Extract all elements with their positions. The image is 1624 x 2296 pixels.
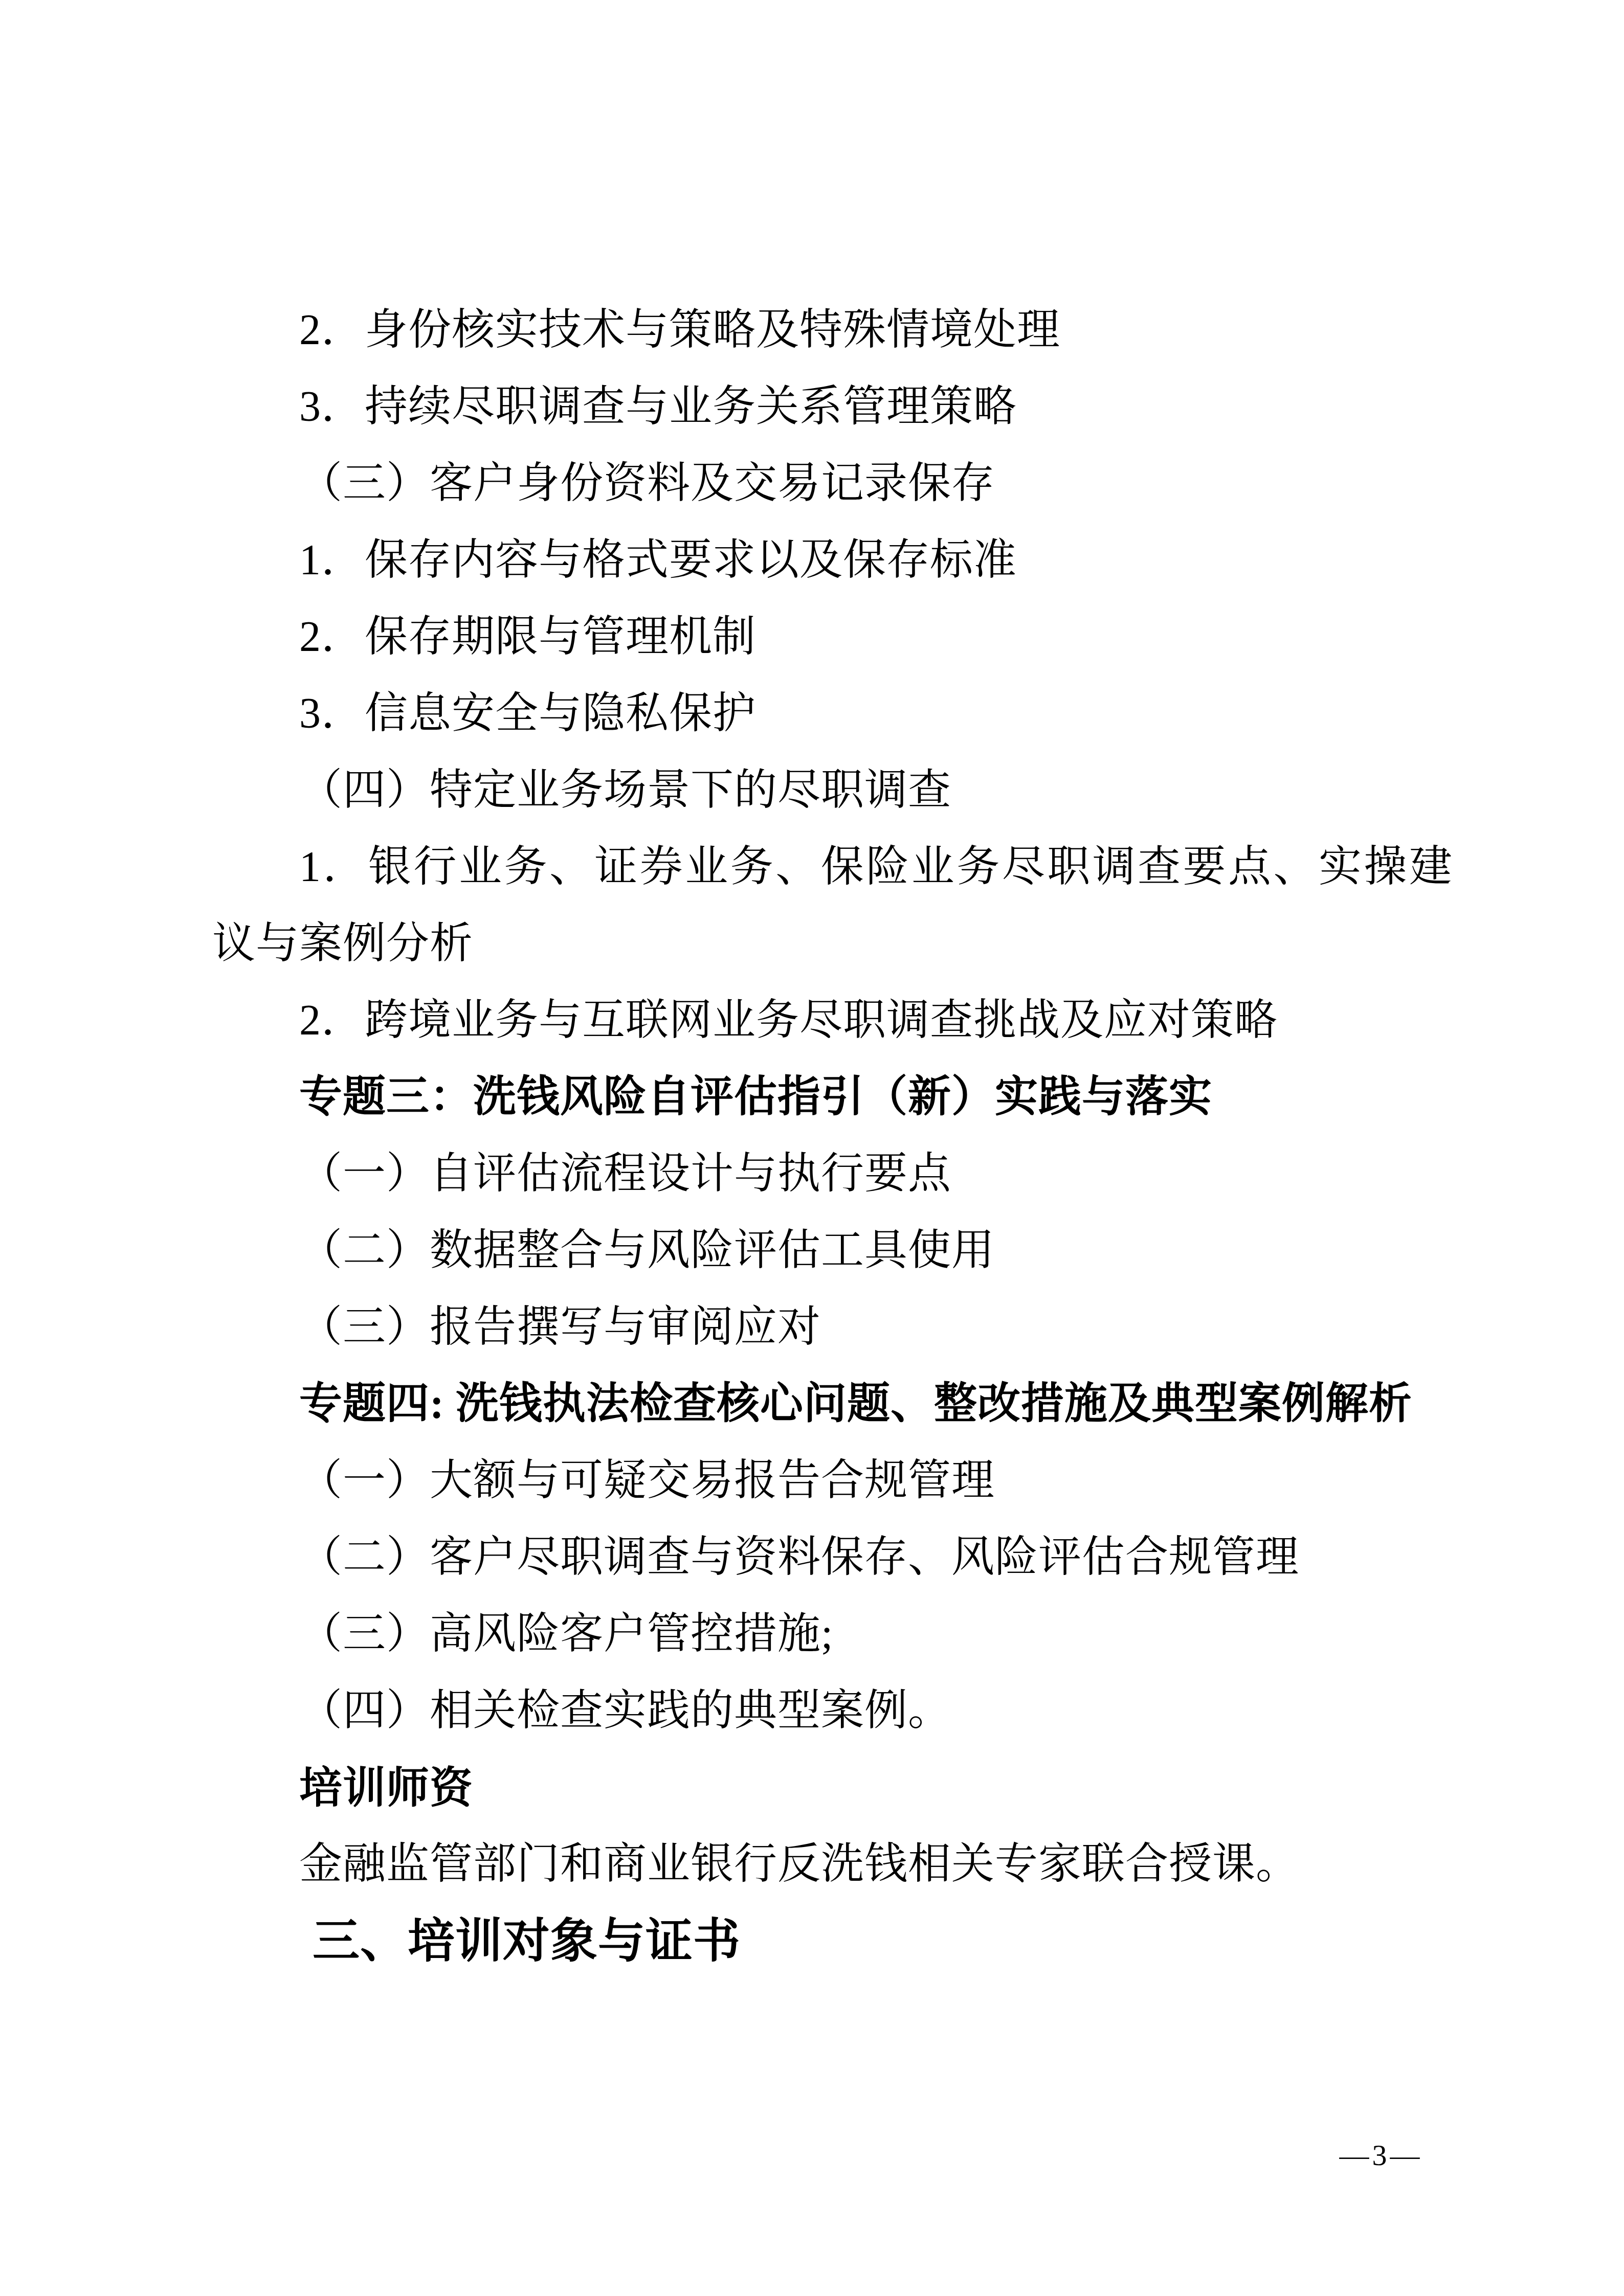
- paragraph-continuation: 议与案例分析: [212, 906, 1453, 982]
- outline-item: 1．保存内容与格式要求以及保存标准: [212, 522, 1453, 599]
- outline-item: （四）相关检查实践的典型案例。: [212, 1673, 1453, 1749]
- outline-item: 2．跨境业务与互联网业务尽职调查挑战及应对策略: [212, 982, 1453, 1059]
- outline-item: 3．信息安全与隐私保护: [212, 676, 1453, 752]
- topic-heading-3: 专题三：洗钱风险自评估指引（新）实践与落实: [212, 1059, 1453, 1136]
- outline-item: 3．持续尽职调查与业务关系管理策略: [212, 369, 1453, 445]
- outline-item: （三）报告撰写与审阅应对: [212, 1289, 1453, 1366]
- outline-item: （二）数据整合与风险评估工具使用: [212, 1212, 1453, 1289]
- outline-item: （四）特定业务场景下的尽职调查: [212, 752, 1453, 829]
- topic-heading-4: 专题四: 洗钱执法检查核心问题、整改措施及典型案例解析: [212, 1366, 1453, 1443]
- outline-item: （三）客户身份资料及交易记录保存: [212, 445, 1453, 522]
- outline-item: 2．保存期限与管理机制: [212, 599, 1453, 676]
- page-number: —3—: [1320, 2122, 1442, 2189]
- outline-item: （二）客户尽职调查与资料保存、风险评估合规管理: [212, 1519, 1453, 1596]
- document-page: 2．身份核实技术与策略及特殊情境处理 3．持续尽职调查与业务关系管理策略 （三）…: [0, 0, 1624, 2296]
- outline-item: （三）高风险客户管控措施;: [212, 1596, 1453, 1673]
- body-paragraph: 金融监管部门和商业银行反洗钱相关专家联合授课。: [212, 1826, 1453, 1903]
- outline-item: （一）大额与可疑交易报告合规管理: [212, 1443, 1453, 1519]
- outline-item: （一）自评估流程设计与执行要点: [212, 1136, 1453, 1212]
- section-heading-instructors: 培训师资: [212, 1749, 1453, 1826]
- section-heading-trainees-certificate: 三、培训对象与证书: [212, 1903, 1453, 1979]
- document-body: 2．身份核实技术与策略及特殊情境处理 3．持续尽职调查与业务关系管理策略 （三）…: [212, 292, 1453, 1979]
- outline-item: 2．身份核实技术与策略及特殊情境处理: [212, 292, 1453, 369]
- outline-item-wrapped-first-line: 1．银行业务、证券业务、保险业务尽职调查要点、实操建: [212, 829, 1453, 906]
